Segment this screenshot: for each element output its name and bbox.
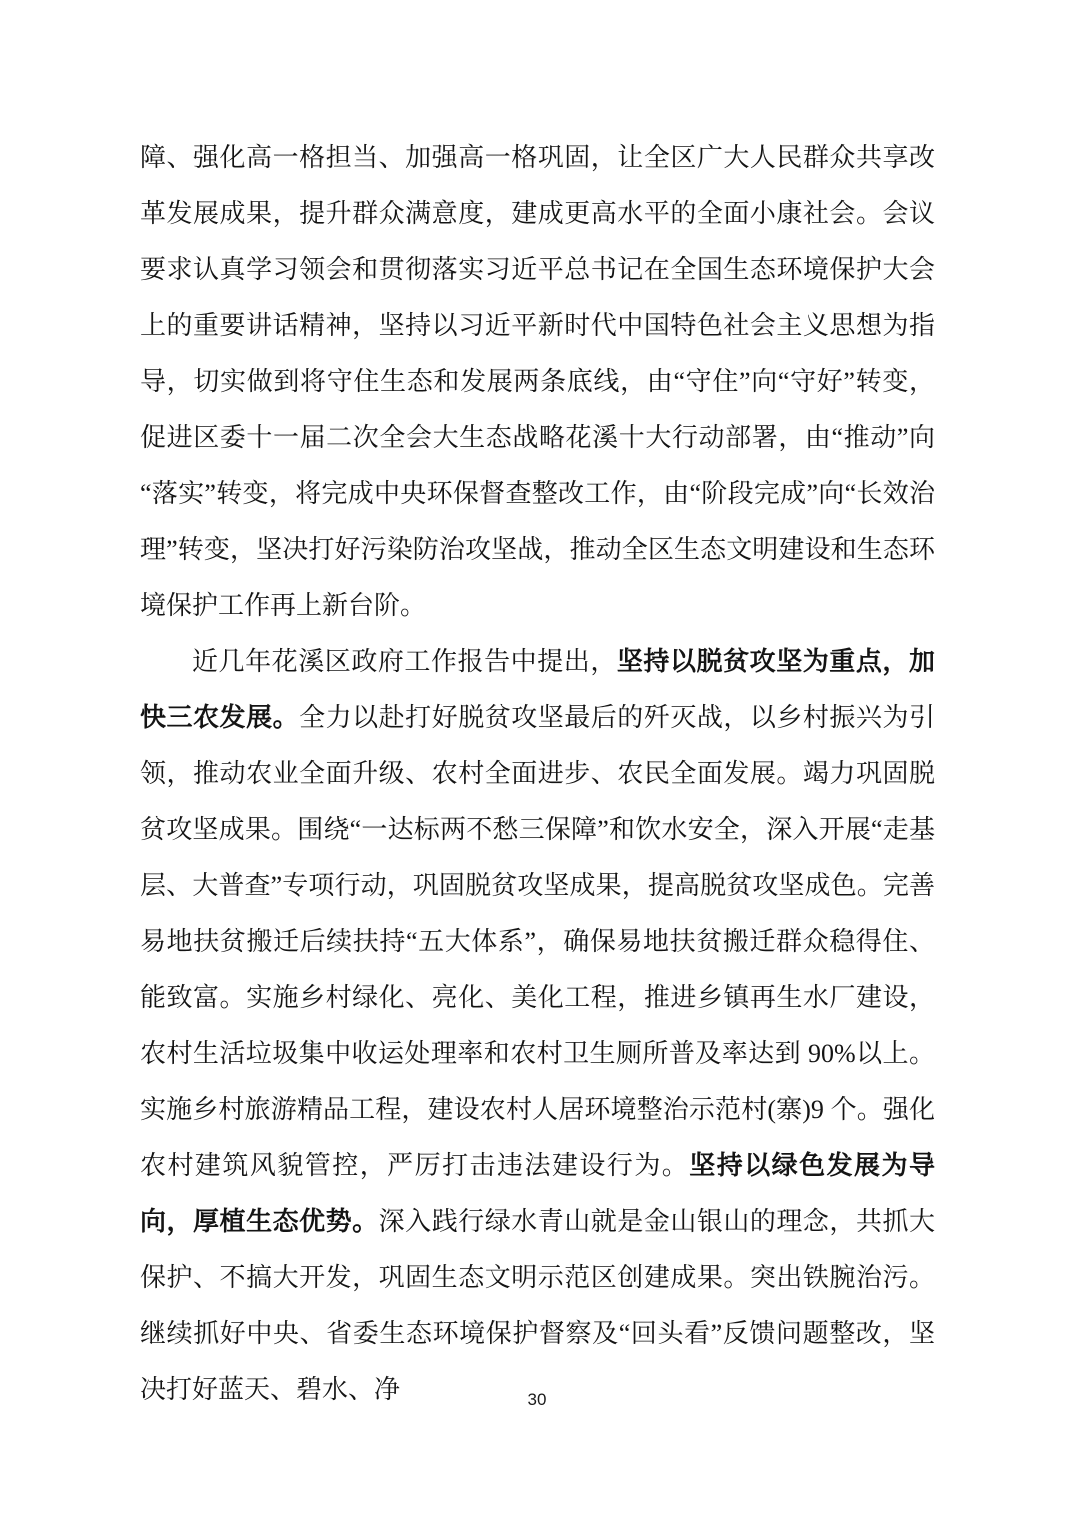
document-body: 障、强化高一格担当、加强高一格巩固，让全区广大人民群众共享改革发展成果，提升群众…	[140, 130, 935, 1418]
paragraph-text: 障、强化高一格担当、加强高一格巩固，让全区广大人民群众共享改革发展成果，提升群众…	[140, 143, 935, 620]
page-number: 30	[0, 1390, 1074, 1410]
paragraph-text: 全力以赴打好脱贫攻坚最后的歼灭战，以乡村振兴为引领，推动农业全面升级、农村全面进…	[140, 703, 935, 1180]
paragraph-text: 深入践行绿水青山就是金山银山的理念，共抓大保护、不搞大开发，巩固生态文明示范区创…	[140, 1207, 935, 1404]
paragraph-text: 近几年花溪区政府工作报告中提出，	[192, 647, 617, 676]
document-page: 障、强化高一格担当、加强高一格巩固，让全区广大人民群众共享改革发展成果，提升群众…	[0, 0, 1074, 1520]
paragraph-report: 近几年花溪区政府工作报告中提出，坚持以脱贫攻坚为重点，加快三农发展。全力以赴打好…	[140, 634, 935, 1418]
paragraph-continuation: 障、强化高一格担当、加强高一格巩固，让全区广大人民群众共享改革发展成果，提升群众…	[140, 130, 935, 634]
